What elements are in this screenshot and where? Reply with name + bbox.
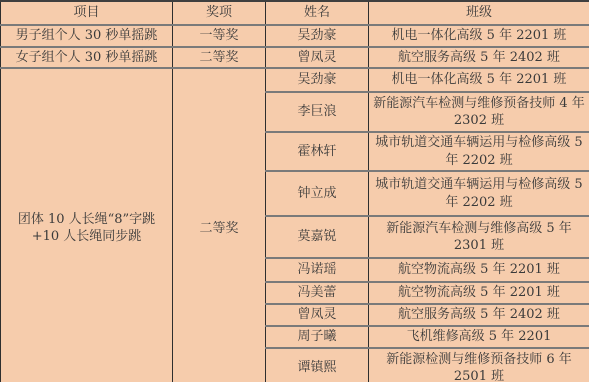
team-project-line2: +10 人长绳同步跳: [3, 228, 170, 246]
name-cell: 莫嘉锐: [266, 216, 369, 258]
class-cell: 城市轨道交通车辆运用与检修高级 5 年 2202 班: [369, 132, 589, 171]
team-project-line1: 团体 10 人长绳“8”字跳: [3, 211, 170, 229]
class-cell: 航空服务高级 5 年 2402 班: [369, 304, 589, 326]
class-cell: 新能源检测与维修预备技师 6 年 2501 班: [369, 348, 589, 382]
class-cell: 新能源汽车检测与维修预备技师 4 年 2302 班: [369, 92, 589, 132]
header-name: 姓名: [266, 1, 369, 25]
class-cell: 飞机维修高级 5 年 2201: [369, 326, 589, 348]
name-cell: 吴劲豪: [266, 68, 369, 92]
team-project-cell: 团体 10 人长绳“8”字跳 +10 人长绳同步跳: [1, 68, 173, 382]
table-row: 女子组个人 30 秒单摇跳 二等奖 曾凤灵 航空服务高级 5 年 2402 班: [1, 47, 589, 69]
table-row: 男子组个人 30 秒单摇跳 一等奖 吴劲豪 机电一体化高级 5 年 2201 班: [1, 25, 589, 47]
name-cell: 曾凤灵: [266, 304, 369, 326]
awards-table: 项目 奖项 姓名 班级 男子组个人 30 秒单摇跳 一等奖 吴劲豪 机电一体化高…: [0, 0, 589, 382]
header-project: 项目: [1, 1, 173, 25]
project-cell: 男子组个人 30 秒单摇跳: [1, 25, 173, 47]
name-cell: 曾凤灵: [266, 47, 369, 69]
header-class: 班级: [369, 1, 589, 25]
class-cell: 航空物流高级 5 年 2201 班: [369, 258, 589, 282]
header-award: 奖项: [173, 1, 266, 25]
name-cell: 钟立成: [266, 171, 369, 216]
class-cell: 机电一体化高级 5 年 2201 班: [369, 68, 589, 92]
name-cell: 冯诺瑶: [266, 258, 369, 282]
project-cell: 女子组个人 30 秒单摇跳: [1, 47, 173, 69]
table-row: 团体 10 人长绳“8”字跳 +10 人长绳同步跳 二等奖 吴劲豪 机电一体化高…: [1, 68, 589, 92]
awards-table-sheet: 项目 奖项 姓名 班级 男子组个人 30 秒单摇跳 一等奖 吴劲豪 机电一体化高…: [0, 0, 589, 382]
class-cell: 航空物流高级 5 年 2201 班: [369, 282, 589, 304]
class-cell: 新能源汽车检测与维修高级 5 年 2301 班: [369, 216, 589, 258]
name-cell: 吴劲豪: [266, 25, 369, 47]
class-cell: 机电一体化高级 5 年 2201 班: [369, 25, 589, 47]
name-cell: 李巨浪: [266, 92, 369, 132]
name-cell: 冯美蕾: [266, 282, 369, 304]
class-cell: 航空服务高级 5 年 2402 班: [369, 47, 589, 69]
team-award-cell: 二等奖: [173, 68, 266, 382]
name-cell: 周子曦: [266, 326, 369, 348]
award-cell: 二等奖: [173, 47, 266, 69]
table-header-row: 项目 奖项 姓名 班级: [1, 1, 589, 25]
award-cell: 一等奖: [173, 25, 266, 47]
class-cell: 城市轨道交通车辆运用与检修高级 5 年 2202 班: [369, 171, 589, 216]
name-cell: 谭镇熙: [266, 348, 369, 382]
name-cell: 霍林轩: [266, 132, 369, 171]
